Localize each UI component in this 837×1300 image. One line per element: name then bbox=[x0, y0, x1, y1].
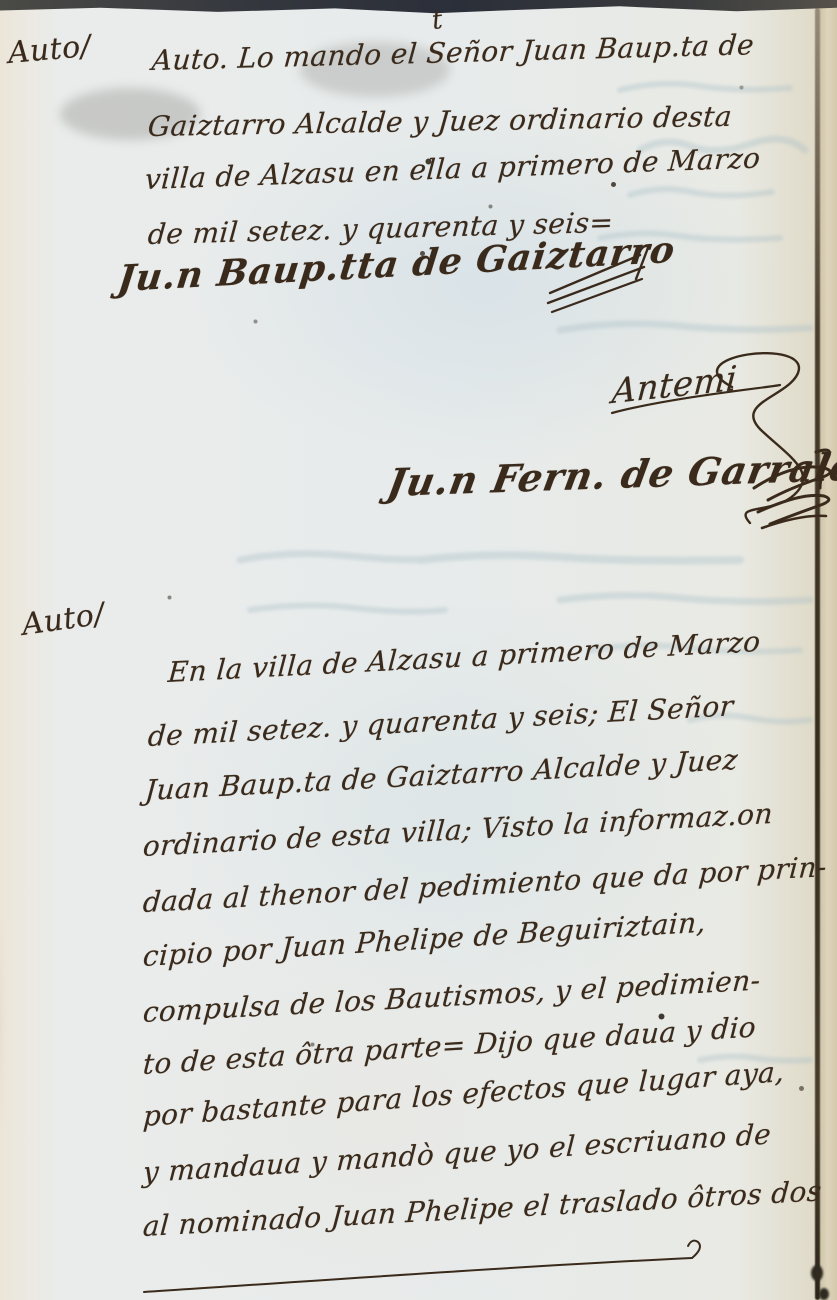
rubric-flourish-gaiztarro bbox=[548, 235, 658, 315]
rubric-flourish-escribano bbox=[752, 428, 837, 538]
binding-crease bbox=[815, 8, 820, 1300]
margin-note-auto-1: Auto/ bbox=[6, 29, 92, 71]
edge-stain bbox=[811, 1265, 823, 1281]
manuscript-page: t Auto/ Auto. Lo mando el Señor Juan Bau… bbox=[0, 0, 837, 1300]
edge-stain bbox=[819, 1288, 829, 1300]
page-edge-right bbox=[820, 0, 837, 1300]
page-curl bbox=[0, 810, 44, 1280]
closing-rule bbox=[140, 1248, 720, 1298]
